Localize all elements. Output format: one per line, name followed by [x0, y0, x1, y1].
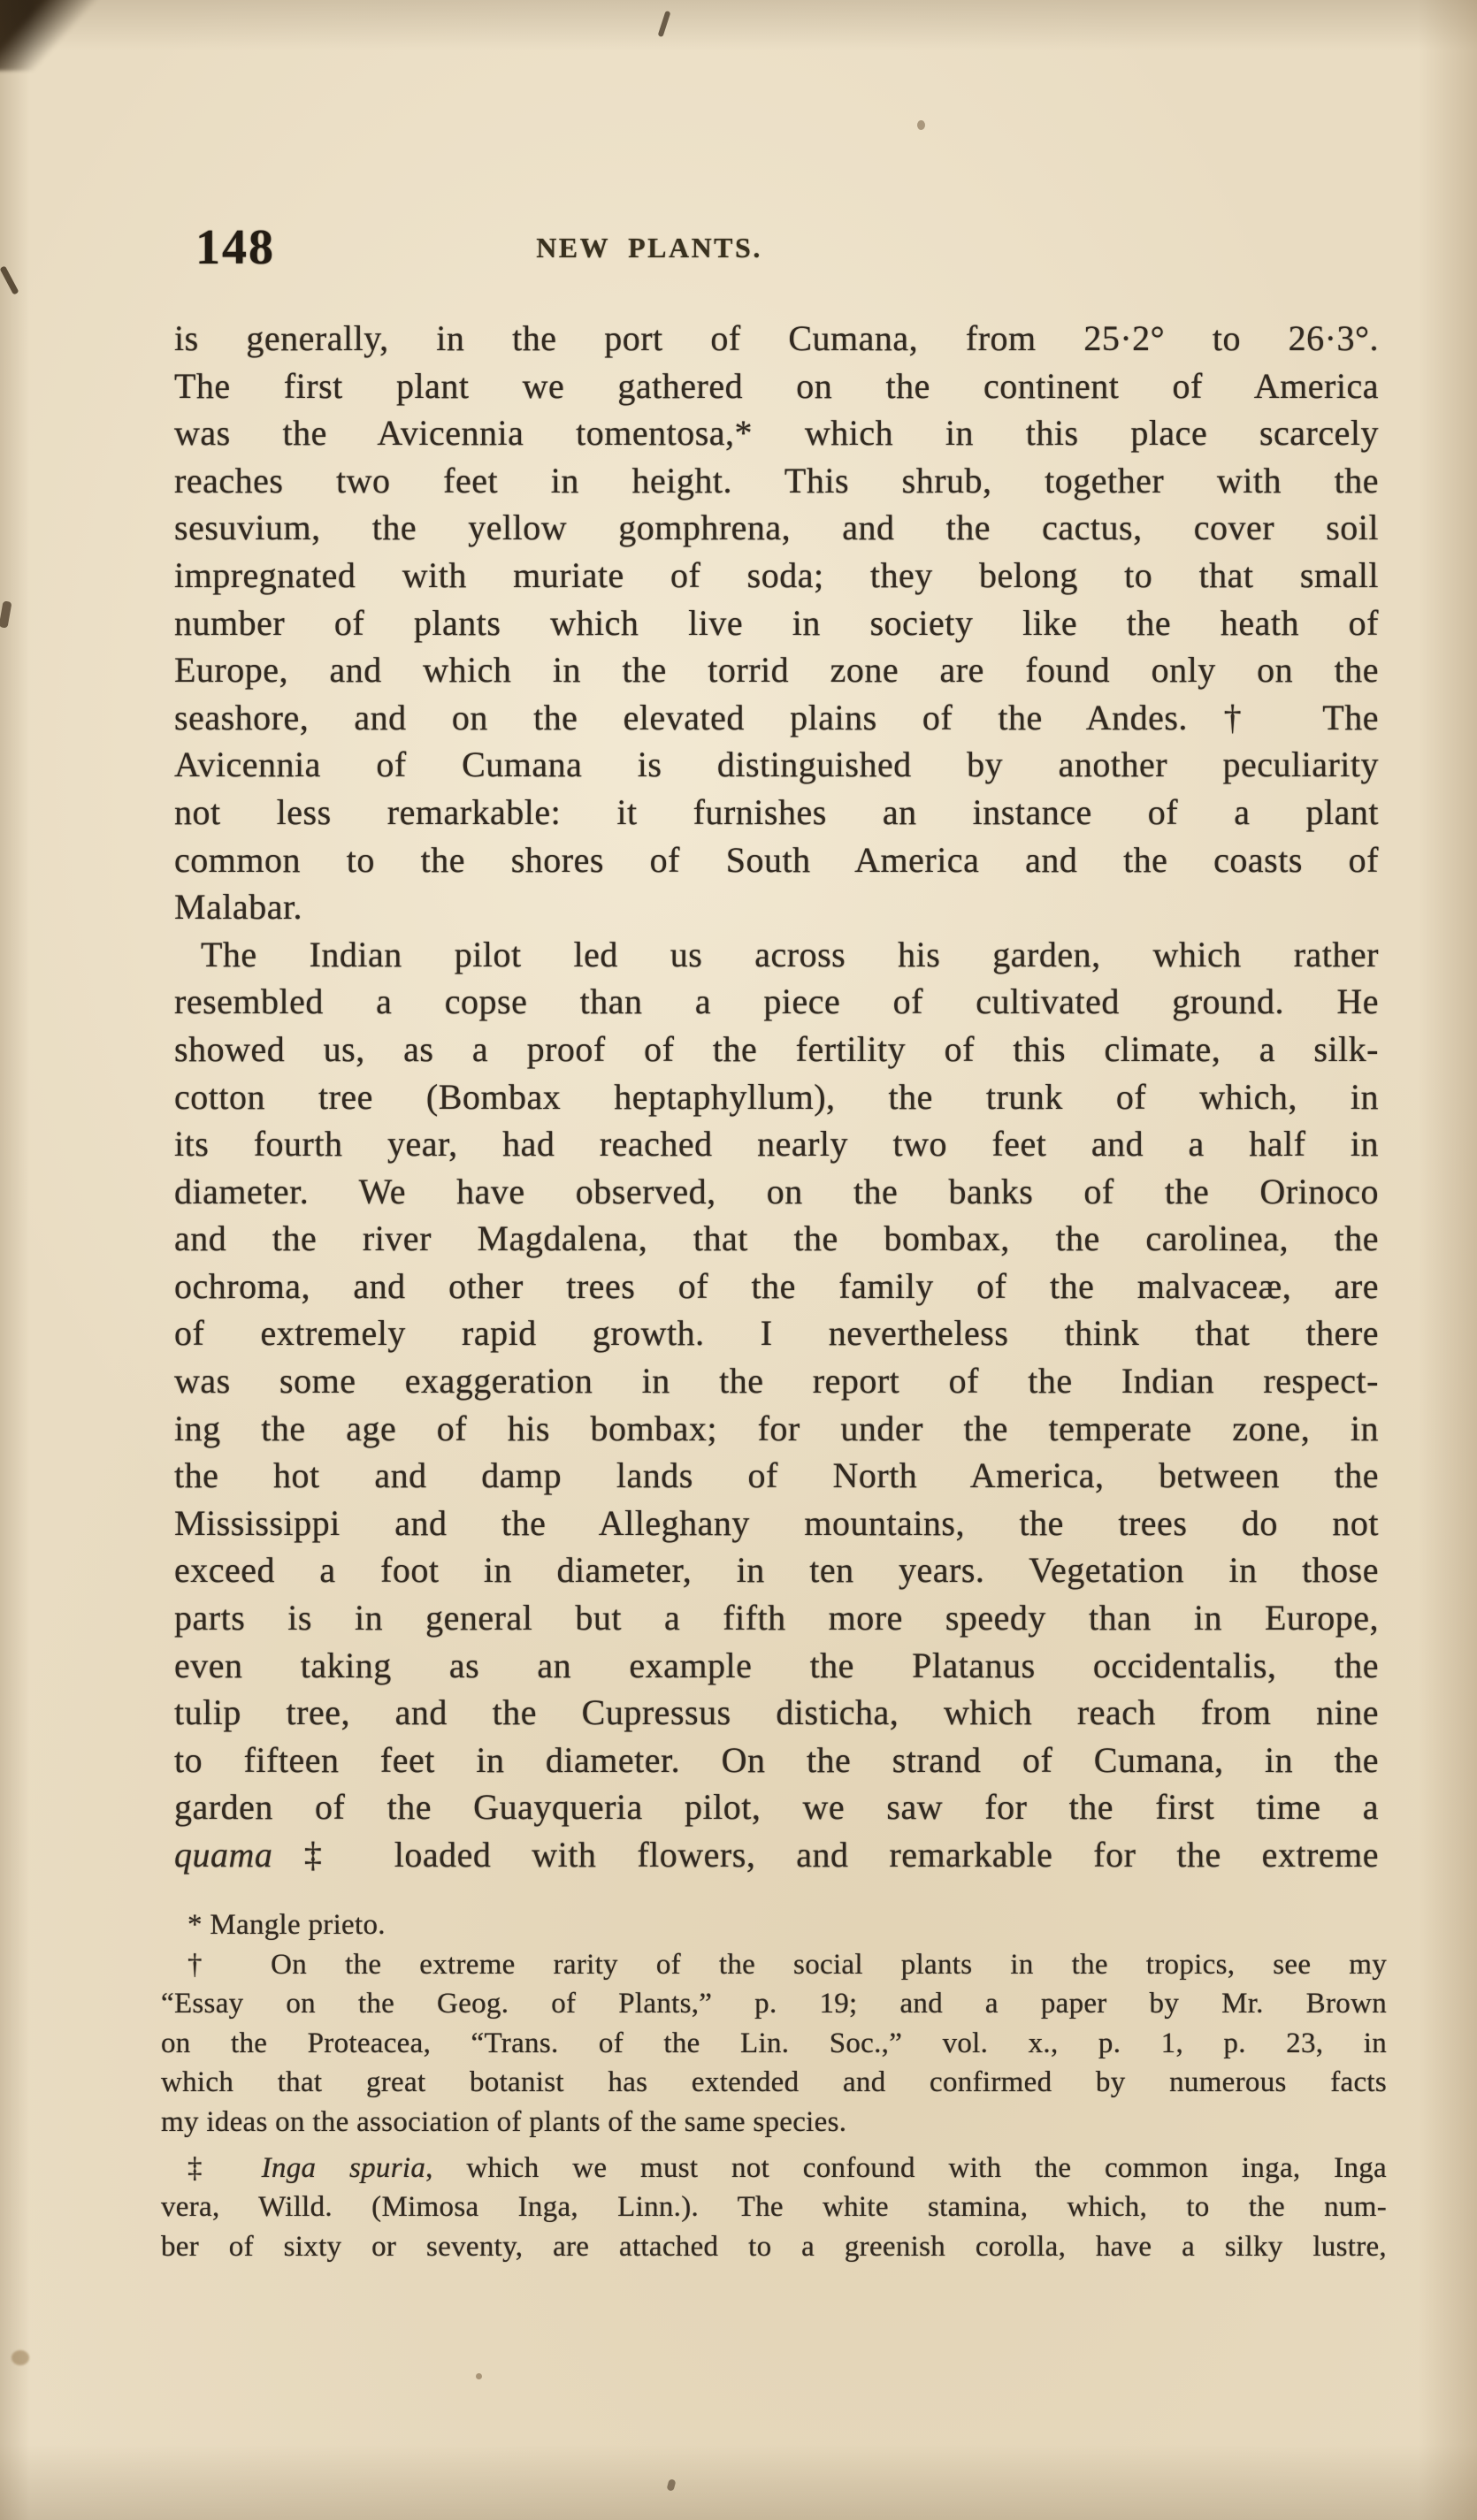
- scan-artifact-speck: [476, 2373, 482, 2379]
- text-line: cotton tree (Bombax heptaphyllum), the t…: [174, 1073, 1379, 1121]
- text-line: number of plants which live in society l…: [174, 599, 1379, 647]
- text-line: “Essay on the Geog. of Plants,” p. 19; a…: [161, 1984, 1387, 2024]
- text-line: parts is in general but a fifth more spe…: [174, 1594, 1379, 1642]
- text-line: vera, Willd. (Mimosa Inga, Linn.). The w…: [161, 2188, 1387, 2227]
- text-line: exceed a foot in diameter, in ten years.…: [174, 1546, 1379, 1594]
- text-line: Mississippi and the Alleghany mountains,…: [174, 1500, 1379, 1547]
- text-line: Europe, and which in the torrid zone are…: [174, 646, 1379, 694]
- text-line: of extremely rapid growth. I nevertheles…: [174, 1310, 1379, 1357]
- text-line: is generally, in the port of Cumana, fro…: [174, 315, 1379, 363]
- text-line: seashore, and on the elevated plains of …: [174, 694, 1379, 742]
- text-line: ber of sixty or seventy, are attached to…: [161, 2227, 1387, 2267]
- text-line: † On the extreme rarity of the social pl…: [161, 1945, 1387, 1985]
- text-line: was the Avicennia tomentosa,* which in t…: [174, 409, 1379, 457]
- scan-artifact-speck: [917, 120, 925, 130]
- running-head: NEW PLANTS.: [536, 232, 762, 264]
- footnote: * Mangle prieto.: [161, 1905, 1387, 1945]
- text-line: even taking as an example the Platanus o…: [174, 1642, 1379, 1690]
- text-line: tulip tree, and the Cupressus disticha, …: [174, 1689, 1379, 1737]
- text-line: ochroma, and other trees of the family o…: [174, 1263, 1379, 1310]
- scan-artifact-mark: [666, 2478, 676, 2492]
- text-line: garden of the Guayqueria pilot, we saw f…: [174, 1783, 1379, 1831]
- text-line: to fifteen feet in diameter. On the stra…: [174, 1737, 1379, 1784]
- text-line: impregnated with muriate of soda; they b…: [174, 552, 1379, 599]
- footnote: ‡ Inga spuria, which we must not confoun…: [161, 2149, 1387, 2267]
- text-line: on the Proteacea, “Trans. of the Lin. So…: [161, 2024, 1387, 2064]
- scan-corner-shadow: [0, 0, 101, 71]
- text-line: The Indian pilot led us across his garde…: [174, 931, 1379, 979]
- text-line: ‡ Inga spuria, which we must not confoun…: [161, 2149, 1387, 2188]
- text-line: my ideas on the association of plants of…: [161, 2103, 1387, 2142]
- text-line: the hot and damp lands of North America,…: [174, 1452, 1379, 1500]
- text-line: was some exaggeration in the report of t…: [174, 1357, 1379, 1405]
- text-line: diameter. We have observed, on the banks…: [174, 1168, 1379, 1216]
- text-line: showed us, as a proof of the fertility o…: [174, 1026, 1379, 1073]
- scan-artifact-mark: [0, 265, 19, 294]
- text-line: sesuvium, the yellow gomphrena, and the …: [174, 504, 1379, 552]
- text-line: * Mangle prieto.: [161, 1905, 1387, 1945]
- text-line: common to the shores of South America an…: [174, 836, 1379, 884]
- text-line: not less remarkable: it furnishes an ins…: [174, 789, 1379, 836]
- text-line: resembled a copse than a piece of cultiv…: [174, 978, 1379, 1026]
- scan-artifact-mark: [658, 11, 671, 37]
- text-line: which that great botanist has extended a…: [161, 2063, 1387, 2103]
- text-line: Malabar.: [174, 883, 1379, 931]
- text-line: quama‡ loaded with flowers, and remarkab…: [174, 1831, 1379, 1879]
- footnotes: * Mangle prieto.† On the extreme rarity …: [161, 1905, 1387, 2266]
- text-line: its fourth year, had reached nearly two …: [174, 1120, 1379, 1168]
- text-line: The first plant we gathered on the conti…: [174, 363, 1379, 410]
- book-page-scan: 148 NEW PLANTS. is generally, in the por…: [0, 0, 1477, 2520]
- scan-artifact-stain: [11, 2350, 29, 2365]
- text-line: reaches two feet in height. This shrub, …: [174, 457, 1379, 505]
- scan-artifact-mark: [0, 600, 12, 628]
- text-line: and the river Magdalena, that the bombax…: [174, 1215, 1379, 1263]
- body-text: is generally, in the port of Cumana, fro…: [174, 315, 1379, 1879]
- footnote: † On the extreme rarity of the social pl…: [161, 1945, 1387, 2142]
- page-number: 148: [195, 219, 275, 276]
- text-line: Avicennia of Cumana is distinguished by …: [174, 741, 1379, 789]
- text-line: ing the age of his bombax; for under the…: [174, 1405, 1379, 1453]
